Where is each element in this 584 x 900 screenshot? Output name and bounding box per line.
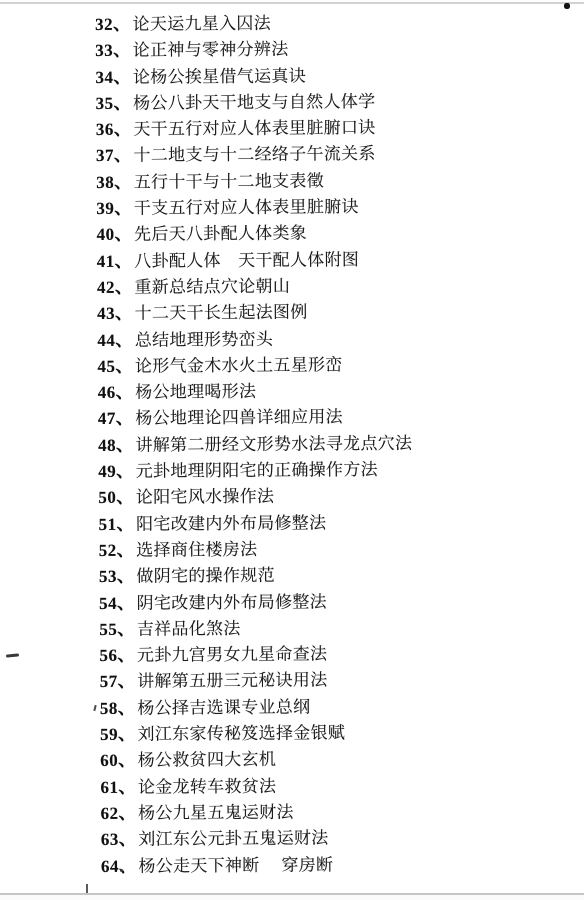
scan-speck <box>564 3 570 9</box>
toc-item-number: 34、 <box>95 67 131 86</box>
toc-row: 45、论形气金木水火土五星形峦 <box>97 352 411 380</box>
toc-row: 49、元卦地理阴阳宅的正确操作方法 <box>98 457 412 485</box>
toc-item-number: 61、 <box>100 777 136 796</box>
toc-item-number: 44、 <box>97 330 133 349</box>
toc-item-title: 吉祥品化煞法 <box>137 619 241 639</box>
toc-item-number: 43、 <box>97 304 133 323</box>
toc-row: 56、元卦九宫男女九星命查法 <box>99 641 413 669</box>
toc-item-title: 先后天八卦配人体类象 <box>134 224 307 244</box>
toc-item-number: 51、 <box>99 514 135 533</box>
toc-row: 51、阳宅改建内外布局修整法 <box>98 509 412 537</box>
toc-item-title: 八卦配人体 天干配人体附图 <box>134 250 359 271</box>
toc-row: 41、八卦配人体 天干配人体附图 <box>97 246 411 274</box>
toc-item-title: 十二地支与十二经络子午流关系 <box>133 145 375 166</box>
scan-edge-strip <box>0 895 584 900</box>
toc-row: 60、杨公救贫四大玄机 <box>100 746 414 774</box>
toc-item-title: 阳宅改建内外布局修整法 <box>136 513 326 533</box>
toc-row: 36、天干五行对应人体表里脏腑口诀 <box>96 115 410 143</box>
toc-item-number: 64、 <box>101 856 137 875</box>
table-of-contents: 32、论天运九星入囚法33、论正神与零神分辨法34、论杨公挨星借气运真诀35、杨… <box>95 10 415 880</box>
toc-row: 54、阴宅改建内外布局修整法 <box>99 588 413 616</box>
toc-item-title: 十二天干长生起法图例 <box>135 303 308 323</box>
toc-row: 43、十二天干长生起法图例 <box>97 299 411 327</box>
toc-row: 40、先后天八卦配人体类象 <box>96 220 410 248</box>
scan-edge-line-top <box>0 2 584 4</box>
toc-row: 50、论阳宅风水操作法 <box>98 483 412 511</box>
toc-item-number: 45、 <box>97 357 133 376</box>
toc-item-number: 55、 <box>99 620 135 639</box>
toc-row: 52、选择商住楼房法 <box>99 536 413 564</box>
toc-row: 53、做阴宅的操作规范 <box>99 562 413 590</box>
toc-item-number: 50、 <box>98 488 134 507</box>
toc-item-number: 54、 <box>99 593 135 612</box>
toc-item-title: 刘江东公元卦五鬼运财法 <box>138 829 328 849</box>
toc-row: 35、杨公八卦天干地支与自然人体学 <box>96 89 410 117</box>
scanned-document-page: 32、论天运九星入囚法33、论正神与零神分辨法34、论杨公挨星借气运真诀35、杨… <box>0 0 584 900</box>
toc-item-title: 论正神与零神分辨法 <box>133 40 289 60</box>
toc-item-title: 天干五行对应人体表里脏腑口诀 <box>133 118 375 139</box>
toc-row: 38、五行十干与十二地支表徵 <box>96 168 410 196</box>
toc-item-title: 杨公地理喝形法 <box>135 382 256 402</box>
toc-item-number: 52、 <box>99 541 135 560</box>
toc-item-number: 62、 <box>101 804 137 823</box>
scan-dot-mark <box>120 869 123 872</box>
toc-item-title: 杨公走天下神断 穿房断 <box>138 855 333 875</box>
toc-item-title: 杨公地理论四兽详细应用法 <box>135 408 343 428</box>
toc-item-number: 49、 <box>98 462 134 481</box>
toc-item-title: 五行十干与十二地支表徵 <box>134 171 324 191</box>
toc-row: 59、刘江东家传秘笈选择金银赋 <box>100 720 414 748</box>
toc-row: 55、吉祥品化煞法 <box>99 615 413 643</box>
toc-item-number: 48、 <box>98 435 134 454</box>
toc-item-title: 干支五行对应人体表里脏腑诀 <box>134 197 359 218</box>
toc-item-number: 46、 <box>98 383 134 402</box>
toc-row: 61、论金龙转车救贫法 <box>100 772 414 800</box>
toc-item-title: 杨公八卦天干地支与自然人体学 <box>133 92 375 113</box>
toc-item-title: 杨公救贫四大玄机 <box>138 750 277 770</box>
toc-item-title: 元卦地理阴阳宅的正确操作方法 <box>136 460 378 481</box>
toc-item-title: 阴宅改建内外布局修整法 <box>137 592 327 612</box>
toc-row: 48、讲解第二册经文形势水法寻龙点穴法 <box>98 431 412 459</box>
toc-item-number: 37、 <box>96 146 132 165</box>
toc-item-title: 选择商住楼房法 <box>136 540 257 560</box>
toc-item-title: 讲解第五册三元秘诀用法 <box>137 671 327 691</box>
toc-item-title: 论金龙转车救贫法 <box>138 776 277 796</box>
toc-item-number: 32、 <box>95 15 131 34</box>
toc-row: 63、刘江东公元卦五鬼运财法 <box>101 825 415 853</box>
toc-row: 64、杨公走天下神断 穿房断 <box>101 851 415 879</box>
scan-dash-mark <box>6 653 19 657</box>
toc-item-title: 重新总结点穴论朝山 <box>134 277 290 297</box>
toc-item-number: 63、 <box>101 830 137 849</box>
toc-item-number: 40、 <box>96 225 132 244</box>
toc-row: 32、论天运九星入囚法 <box>95 10 409 38</box>
toc-item-title: 总结地理形势峦头 <box>135 329 274 349</box>
toc-row: 62、杨公九星五鬼运财法 <box>101 799 415 827</box>
toc-item-number: 57、 <box>100 672 136 691</box>
toc-row: 39、干支五行对应人体表里脏腑诀 <box>96 194 410 222</box>
toc-row: 34、论杨公挨星借气运真诀 <box>95 62 409 90</box>
toc-item-number: 47、 <box>98 409 134 428</box>
toc-item-number: 42、 <box>97 278 133 297</box>
toc-row: 44、总结地理形势峦头 <box>97 325 411 353</box>
scan-tick-mark <box>93 705 96 711</box>
toc-row: 33、论正神与零神分辨法 <box>95 36 409 64</box>
toc-item-title: 论天运九星入囚法 <box>133 14 272 34</box>
toc-item-number: 53、 <box>99 567 135 586</box>
toc-row: 37、十二地支与十二经络子午流关系 <box>96 141 410 169</box>
toc-item-number: 58、 <box>100 698 136 717</box>
toc-item-number: 60、 <box>100 751 136 770</box>
toc-item-title: 论形气金木水火土五星形峦 <box>135 355 343 375</box>
toc-item-title: 杨公择吉选课专业总纲 <box>137 697 310 717</box>
toc-item-number: 39、 <box>96 199 132 218</box>
toc-row: 58、杨公择吉选课专业总纲 <box>100 694 414 722</box>
toc-item-number: 33、 <box>95 41 131 60</box>
toc-row: 46、杨公地理喝形法 <box>98 378 412 406</box>
toc-item-number: 35、 <box>96 94 132 113</box>
toc-item-number: 41、 <box>97 251 133 270</box>
toc-item-title: 论杨公挨星借气运真诀 <box>133 66 306 86</box>
toc-item-number: 59、 <box>100 725 136 744</box>
toc-item-title: 元卦九宫男女九星命查法 <box>137 645 327 665</box>
toc-item-title: 论阳宅风水操作法 <box>136 487 275 507</box>
toc-item-title: 做阴宅的操作规范 <box>136 566 275 586</box>
toc-row: 47、杨公地理论四兽详细应用法 <box>98 404 412 432</box>
toc-item-title: 杨公九星五鬼运财法 <box>138 803 294 823</box>
toc-item-title: 讲解第二册经文形势水法寻龙点穴法 <box>135 434 412 455</box>
toc-row: 57、讲解第五册三元秘诀用法 <box>100 667 414 695</box>
toc-item-number: 38、 <box>96 173 132 192</box>
toc-item-title: 刘江东家传秘笈选择金银赋 <box>137 723 345 743</box>
toc-item-number: 36、 <box>96 120 132 139</box>
toc-item-number: 56、 <box>99 646 135 665</box>
toc-row: 42、重新总结点穴论朝山 <box>97 273 411 301</box>
